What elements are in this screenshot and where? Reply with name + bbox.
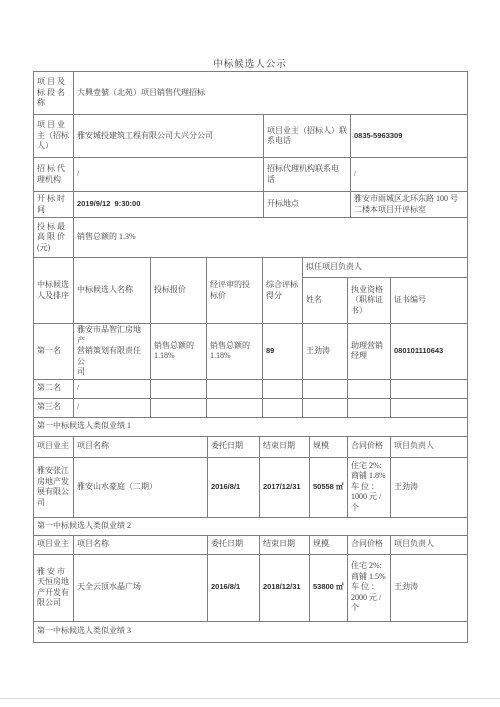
performance-2-end-date: 2018/12/31 [260,554,310,621]
label-owner-phone: 项目业主（招标人）联 系电话 [264,115,351,158]
header-project-owner: 项目业主 [34,535,74,554]
value-opening-time: 2019/9/12 9:30:00 [74,192,264,218]
performance-2-owner: 雅 安 市 天恒房地 产开发有 限公司 [34,554,74,621]
header-project-leader: 项目负责人 [391,436,468,457]
empty-cell [151,379,207,398]
header-contract-price: 合同价格 [348,535,391,554]
performance-1-header-row: 项目业主 项目名称 委托日期 结束日期 规模 合同价格 项目负责人 [34,436,468,457]
header-candidate-name: 中标候选人名称 [74,258,151,324]
performance-2-scale: 53800 ㎡ [310,554,348,621]
performance-3-section-title: 第一中标候选人类似业绩 3 [34,621,468,642]
candidate-1-cert-no: 080101110643 [391,324,468,380]
header-project-name: 项目名称 [74,535,208,554]
performance-1-leader: 王劲涛 [391,457,468,517]
candidate-1-name: 雅安市品智汇房地产 营销策划有限责任公 司 [74,324,151,380]
project-info-table: 项 目 及 标 段 名 称 大興壹號（北苑）项目销售代理招标 项 目 业 主（招… [33,71,468,258]
label-agency-phone: 招标代理机构联系电 话 [264,158,351,192]
candidate-1-evaluated-price: 销售总额的 1.18% [207,324,263,380]
performance-1-section-title: 第一中标候选人类似业绩 1 [34,417,468,436]
performance-table: 第一中标候选人类似业绩 1 项目业主 项目名称 委托日期 结束日期 规模 合同价… [33,417,468,643]
candidate-3-name: / [74,398,151,417]
value-owner-phone: 0835-5963309 [351,115,468,158]
document-title: 中标候选人公示 [0,56,500,70]
performance-2-project: 天全云顶水晶广场 [74,554,208,621]
header-proposed-leader-group: 拟任项目负责人 [303,258,468,278]
header-end-date: 结束日期 [260,535,310,554]
label-bidding-agency: 招 标 代 理机构 [34,158,74,192]
performance-2-header-row: 项目业主 项目名称 委托日期 结束日期 规模 合同价格 项目负责人 [34,535,468,554]
empty-cell [391,379,468,398]
header-end-date: 结束日期 [260,436,310,457]
empty-cell [151,398,207,417]
empty-cell [391,398,468,417]
header-scale: 规模 [310,535,348,554]
performance-2-contract-price: 住宅 2%: 商铺 1.5% 车 位 ： 2000 元 / 个 [348,554,391,621]
empty-cell [263,379,303,398]
candidate-row-2: 第二名 / [34,379,468,398]
value-project-section-name: 大興壹號（北苑）项目销售代理招标 [74,72,468,115]
empty-cell [263,398,303,417]
performance-1-contract-price: 住宅 2%: 商铺 1.8% 车 位 ： 1000 元 / 个 [348,457,391,517]
scan-page-bottom-edge [0,698,500,699]
empty-cell [207,379,263,398]
header-qualification: 执业资格 （职称证 书） [348,278,391,324]
candidate-1-rank: 第一名 [34,324,74,380]
header-entrust-date: 委托日期 [208,436,260,457]
empty-cell [303,379,348,398]
label-opening-place: 开标地点 [264,192,351,218]
performance-1-entrust-date: 2016/8/1 [208,457,260,517]
performance-2-section-title: 第一中标候选人类似业绩 2 [34,517,468,535]
performance-1-data-row: 雅安张江 房地产发 展有限公 司 雅安山水豪庭（二期） 2016/8/1 201… [34,457,468,517]
empty-cell [303,398,348,417]
candidate-3-rank: 第三名 [34,398,74,417]
value-agency-phone: / [351,158,468,192]
header-scale: 规模 [310,436,348,457]
candidate-1-leader-name: 王劲涛 [303,324,348,380]
label-project-owner: 项 目 业 主（招标 人） [34,115,74,158]
candidates-table: 中标候选 人及排序 中标候选人名称 投标报价 经评审的投 标价 综合评标 得分 … [33,257,468,418]
header-score: 综合评标 得分 [263,258,303,324]
performance-2-data-row: 雅 安 市 天恒房地 产开发有 限公司 天全云顶水晶广场 2016/8/1 20… [34,554,468,621]
label-opening-time: 开 标 时 间 [34,192,74,218]
performance-2-leader: 王劲涛 [391,554,468,621]
candidate-1-bid-price: 销售总额的 1.18% [151,324,207,380]
header-candidate-rank: 中标候选 人及排序 [34,258,74,324]
header-entrust-date: 委托日期 [208,535,260,554]
candidate-1-score: 89 [263,324,303,380]
candidate-row-3: 第三名 / [34,398,468,417]
header-project-owner: 项目业主 [34,436,74,457]
value-bidding-agency: / [74,158,264,192]
performance-1-owner: 雅安张江 房地产发 展有限公 司 [34,457,74,517]
scanned-document-page: 中标候选人公示 项 目 及 标 段 名 称 大興壹號（北苑）项目销售代理招标 项… [0,0,500,707]
candidate-row-1: 第一名 雅安市品智汇房地产 营销策划有限责任公 司 销售总额的 1.18% 销售… [34,324,468,380]
value-project-owner: 雅安城投建筑工程有限公司大兴分公司 [74,115,264,158]
candidate-2-name: / [74,379,151,398]
header-bid-price: 投标报价 [151,258,207,324]
candidate-1-qualification: 助理营销 经理 [348,324,391,380]
value-opening-place: 雅安市雨城区北环东路 100 号 二楼本项目开评标室 [351,192,468,218]
performance-1-end-date: 2017/12/31 [260,457,310,517]
performance-1-scale: 50558 ㎡ [310,457,348,517]
document-tables: 项 目 及 标 段 名 称 大興壹號（北苑）项目销售代理招标 项 目 业 主（招… [33,72,467,643]
header-leader-name: 姓名 [303,278,348,324]
performance-1-project: 雅安山水豪庭（二期） [74,457,208,517]
performance-2-entrust-date: 2016/8/1 [208,554,260,621]
empty-cell [348,379,391,398]
empty-cell [348,398,391,417]
header-project-name: 项目名称 [74,436,208,457]
header-contract-price: 合同价格 [348,436,391,457]
empty-cell [207,398,263,417]
value-max-bid-price: 销售总额的 1.3% [74,218,468,258]
header-evaluated-price: 经评审的投 标价 [207,258,263,324]
header-cert-no: 证书编号 [391,278,468,324]
header-project-leader: 项目负责人 [391,535,468,554]
label-max-bid-price: 投 标 最 高 限 价 (元) [34,218,74,258]
label-project-section-name: 项 目 及 标 段 名 称 [34,72,74,115]
candidate-2-rank: 第二名 [34,379,74,398]
